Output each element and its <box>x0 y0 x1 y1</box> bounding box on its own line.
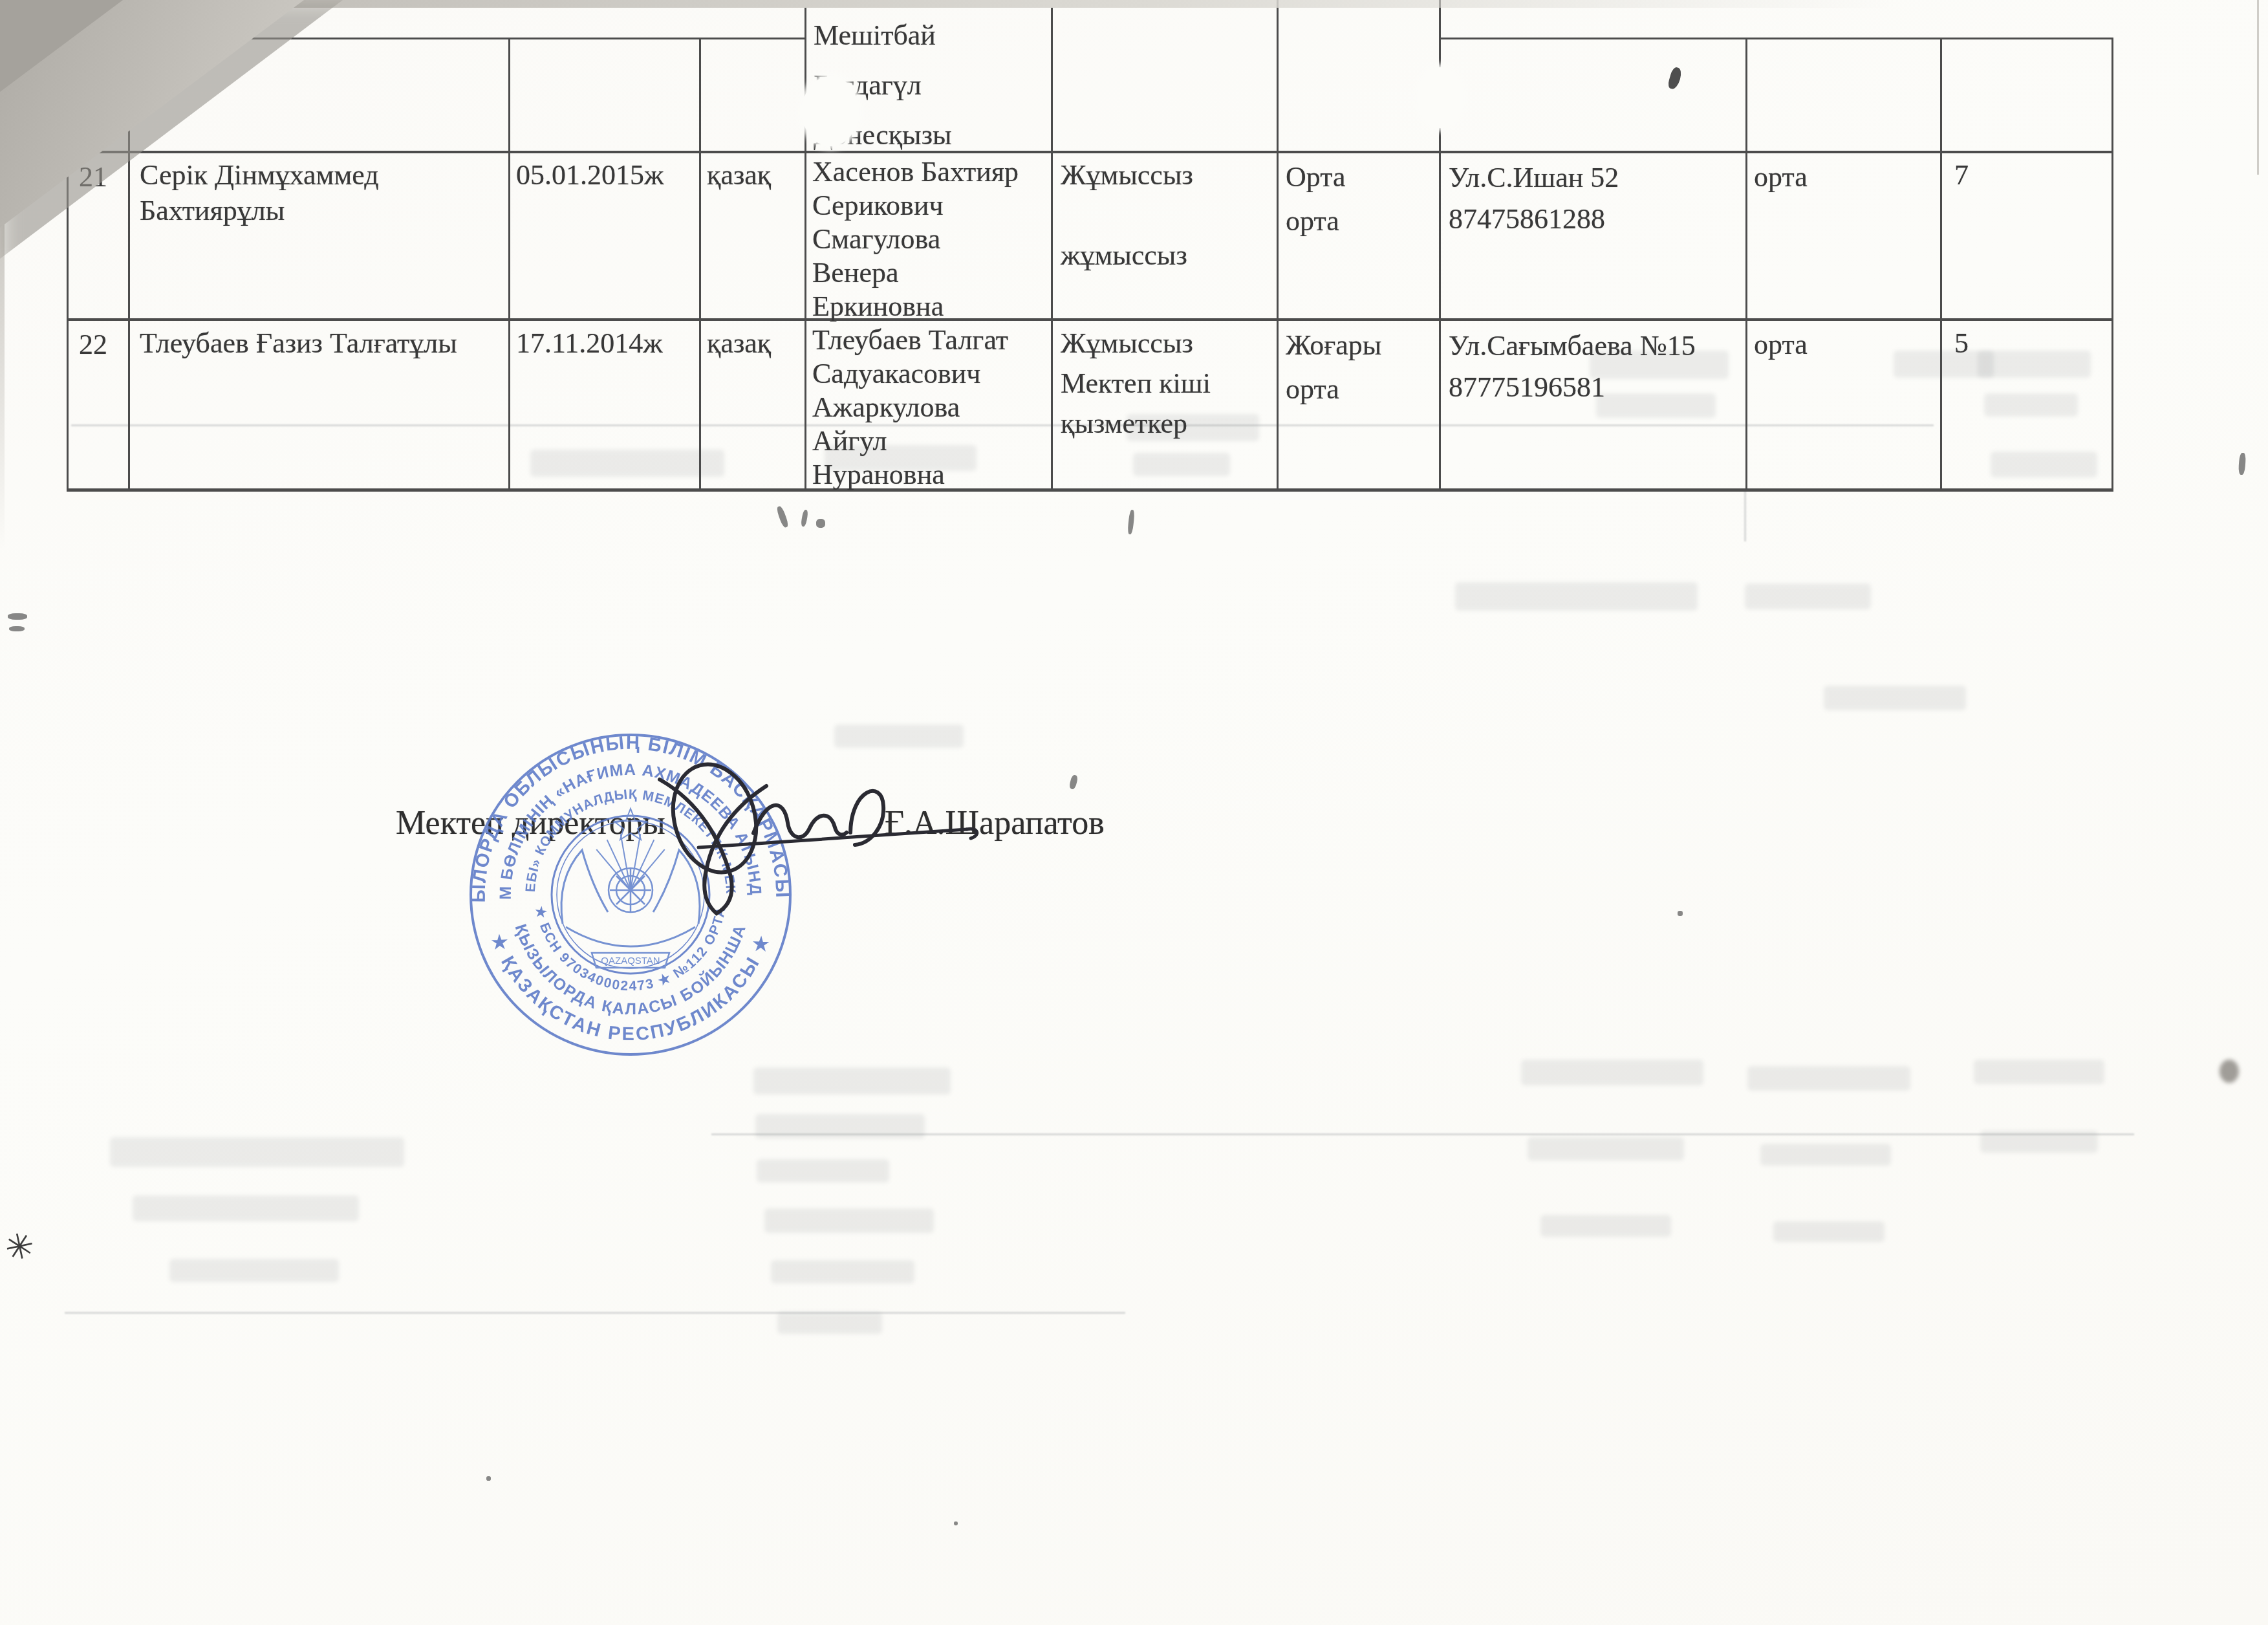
bleedthrough-line <box>711 1133 2134 1135</box>
page-top-edge <box>246 0 1895 8</box>
scan-speck <box>9 626 25 631</box>
cell-address-phone: Ул.С.Ишан 52 87475861288 <box>1449 157 1740 240</box>
bleedthrough-artifact <box>753 1067 951 1095</box>
table-grid-line <box>508 38 510 490</box>
scan-speck <box>954 1521 958 1525</box>
bleedthrough-artifact <box>777 1312 882 1334</box>
scanned-document-page: Мешітбай Бағдагүл Дөнесқызы 21 Серік Дін… <box>0 0 2268 1625</box>
scan-speck <box>8 613 27 620</box>
bleedthrough-artifact <box>1745 583 1871 609</box>
bleedthrough-artifact <box>1824 686 1966 710</box>
bleedthrough-artifact <box>1991 452 2097 477</box>
bleedthrough-artifact <box>1528 1137 1684 1161</box>
director-signature <box>621 750 1074 964</box>
scan-speck <box>486 1476 491 1481</box>
cell-student-name: Серік Дінмұхаммед Бахтиярұлы <box>140 157 502 228</box>
cell-address-phone: Ул.Сағымбаева №15 87775196581 <box>1449 325 1740 408</box>
bleedthrough-artifact <box>1747 1066 1910 1091</box>
table-grid-line <box>2111 38 2113 490</box>
cell-level: орта <box>1754 327 1935 362</box>
bleedthrough-artifact <box>834 725 964 748</box>
bleedthrough-artifact <box>1974 1060 2104 1084</box>
cell-parents: Хасенов Бахтияр Серикович Смагулова Вене… <box>812 155 1045 323</box>
bleedthrough-artifact <box>1773 1221 1885 1242</box>
page-right-edge <box>2257 0 2259 175</box>
table-grid-line <box>1940 38 1942 490</box>
bleedthrough-artifact <box>757 1159 889 1183</box>
table-grid-line <box>67 488 2113 492</box>
cell-parents-job: Жұмыссыз Мектеп кіші қызметкер <box>1061 323 1274 444</box>
cell-count: 5 <box>1954 325 2103 361</box>
bleedthrough-line <box>65 1312 1125 1314</box>
bleedthrough-artifact <box>1540 1215 1671 1237</box>
cell-count: 7 <box>1954 157 2103 193</box>
bleedthrough-artifact <box>1455 582 1698 611</box>
cell-row-number: 22 <box>79 327 124 362</box>
bleedthrough-artifact <box>530 450 724 477</box>
table-grid-line <box>1051 0 1053 490</box>
bleedthrough-artifact <box>110 1137 404 1167</box>
cell-student-name: Тлеубаев Ғазиз Талғатұлы <box>140 325 502 361</box>
correction-fluid-blob <box>802 76 859 146</box>
cell-birth-date: 05.01.2015ж <box>516 157 697 193</box>
scan-speck <box>816 519 825 528</box>
bleedthrough-line <box>1744 490 1746 541</box>
table-grid-line <box>1745 38 1747 490</box>
table-grid-line <box>1439 38 2113 39</box>
table-grid-line <box>1277 0 1279 490</box>
bleedthrough-artifact <box>133 1195 359 1221</box>
page-left-edge <box>0 213 5 550</box>
table-grid-line <box>805 0 806 490</box>
bleedthrough-artifact <box>169 1259 339 1282</box>
cell-birth-date: 17.11.2014ж <box>516 325 697 361</box>
cell-parents-education: Жоғары орта <box>1286 323 1434 411</box>
bleedthrough-artifact <box>1984 393 2078 417</box>
table-grid-line <box>67 151 2113 153</box>
cell-parents-job: Жұмыссыз жұмыссыз <box>1061 155 1274 276</box>
table-grid-line <box>699 38 701 490</box>
cell-parents-education: Орта орта <box>1286 155 1434 243</box>
bleedthrough-artifact <box>1760 1144 1891 1166</box>
bleedthrough-artifact <box>764 1208 934 1233</box>
scan-speck <box>1678 911 1683 916</box>
correction-fluid-blob <box>1418 67 1463 128</box>
cell-parents: Тлеубаев Талгат Садуакасович Ажаркулова … <box>812 323 1045 492</box>
table-grid-line <box>67 318 2113 321</box>
bleedthrough-artifact <box>1133 453 1230 476</box>
bleedthrough-artifact <box>1521 1060 1703 1085</box>
smudge-mark <box>2219 1060 2239 1083</box>
cell-nationality: қазақ <box>707 325 804 361</box>
bleedthrough-artifact <box>771 1260 914 1283</box>
cell-nationality: қазақ <box>707 157 804 193</box>
cell-level: орта <box>1754 159 1935 195</box>
